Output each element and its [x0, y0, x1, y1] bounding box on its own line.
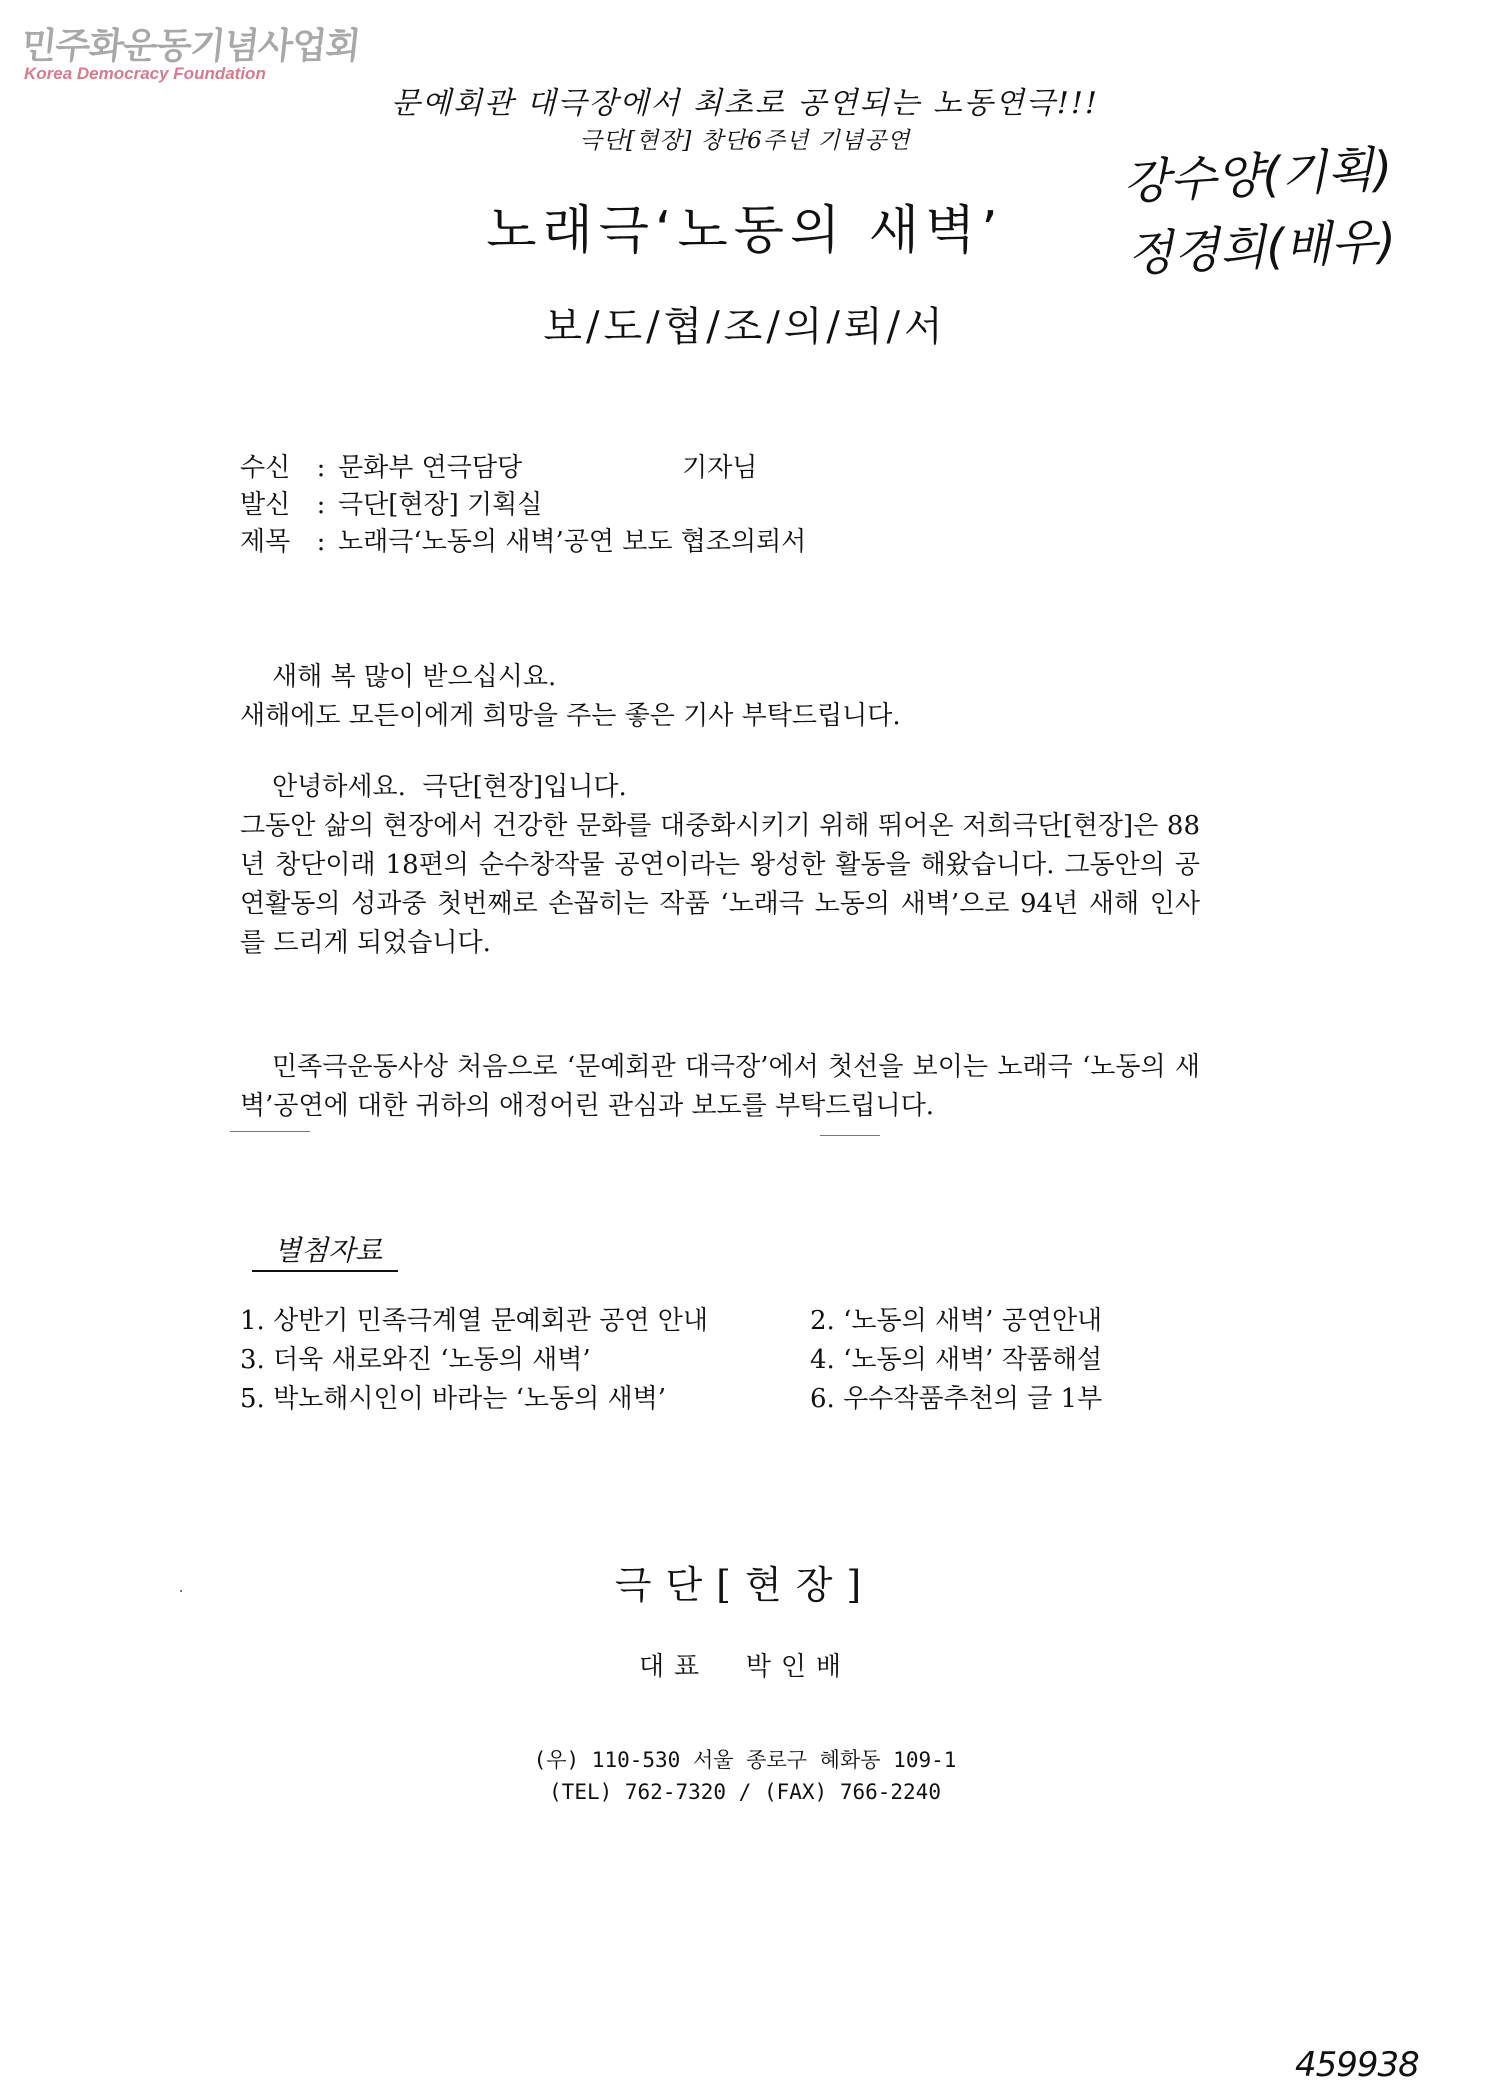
organization-name: 극단[현장]: [0, 1554, 1490, 1609]
scan-speck: [180, 1590, 182, 1592]
attachments-heading: 별첨자료: [252, 1232, 398, 1272]
meta-sender: 발신 : 극단[현장] 기획실: [240, 487, 806, 524]
attachment-item: 5. 박노해시인이 바라는 ‘노동의 새벽’: [240, 1380, 810, 1419]
request-text: 민족극운동사상 처음으로 ‘문예회관 대극장’에서 첫선을 보이는 노래극 ‘노…: [240, 1048, 1200, 1126]
greeting-line-1: 새해 복 많이 받으십시요.: [240, 658, 1200, 697]
meta-sender-value: 극단[현장] 기획실: [338, 487, 542, 524]
scan-speck: [820, 1135, 880, 1136]
attachment-item: 6. 우수작품추천의 글 1부: [810, 1380, 1200, 1419]
meta-recipient: 수신 : 문화부 연극담당 기자님: [240, 450, 806, 487]
attachment-item: 1. 상반기 민족극계열 문예회관 공연 안내: [240, 1302, 810, 1341]
meta-subject-value: 노래극‘노동의 새벽’공연 보도 협조의뢰서: [338, 524, 806, 561]
meta-recipient-suffix: 기자님: [682, 450, 757, 487]
attachments-list: 1. 상반기 민족극계열 문예회관 공연 안내 2. ‘노동의 새벽’ 공연안내…: [240, 1302, 1200, 1419]
meta-subject-label: 제목: [240, 524, 304, 561]
attachment-item: 3. 더욱 새로와진 ‘노동의 새벽’: [240, 1341, 810, 1380]
attachment-item: 4. ‘노동의 새벽’ 작품해설: [810, 1341, 1200, 1380]
meta-sender-label: 발신: [240, 487, 304, 524]
handwritten-document-number: 459938: [1295, 2045, 1419, 2085]
headline: 문예회관 대극장에서 최초로 공연되는 노동연극!!!: [0, 78, 1490, 122]
meta-colon: :: [304, 450, 338, 487]
contact-numbers: (TEL) 762-7320 / (FAX) 766-2240: [0, 1776, 1490, 1808]
address-block: (우) 110-530 서울 종로구 혜화동 109-1 (TEL) 762-7…: [0, 1744, 1490, 1808]
greeting-line-2: 새해에도 모든이에게 희망을 주는 좋은 기사 부탁드립니다.: [240, 697, 1200, 736]
postal-address: (우) 110-530 서울 종로구 혜화동 109-1: [0, 1744, 1490, 1776]
request-paragraph: 민족극운동사상 처음으로 ‘문예회관 대극장’에서 첫선을 보이는 노래극 ‘노…: [240, 1048, 1200, 1126]
attachment-item: 2. ‘노동의 새벽’ 공연안내: [810, 1302, 1200, 1341]
intro-paragraph: 안녕하세요. 극단[현장]입니다. 그동안 삶의 현장에서 건강한 문화를 대중…: [240, 768, 1200, 963]
scan-speck: [230, 1131, 310, 1132]
foundation-logo-korean: 민주화운동기념사업회: [19, 18, 362, 69]
meta-subject: 제목 : 노래극‘노동의 새벽’공연 보도 협조의뢰서: [240, 524, 806, 561]
document-meta: 수신 : 문화부 연극담당 기자님 발신 : 극단[현장] 기획실 제목 : 노…: [240, 450, 806, 561]
representative: 대표 박인배: [0, 1646, 1490, 1683]
meta-colon: :: [304, 524, 338, 561]
meta-recipient-value: 문화부 연극담당: [338, 450, 522, 487]
greeting-paragraph: 새해 복 많이 받으십시요. 새해에도 모든이에게 희망을 주는 좋은 기사 부…: [240, 658, 1200, 736]
handwritten-line-actor: 정경희(배우): [1125, 205, 1398, 291]
meta-colon: :: [304, 487, 338, 524]
handwritten-note: 강수양(기획) 정경희(배우): [1121, 133, 1397, 291]
history-paragraph: 그동안 삶의 현장에서 건강한 문화를 대중화시키기 위해 뛰어온 저희극단[현…: [240, 807, 1200, 963]
document-type: 보/도/협/조/의/뢰/서: [0, 295, 1490, 352]
meta-recipient-label: 수신: [240, 450, 304, 487]
intro-line: 안녕하세요. 극단[현장]입니다.: [240, 768, 1200, 807]
